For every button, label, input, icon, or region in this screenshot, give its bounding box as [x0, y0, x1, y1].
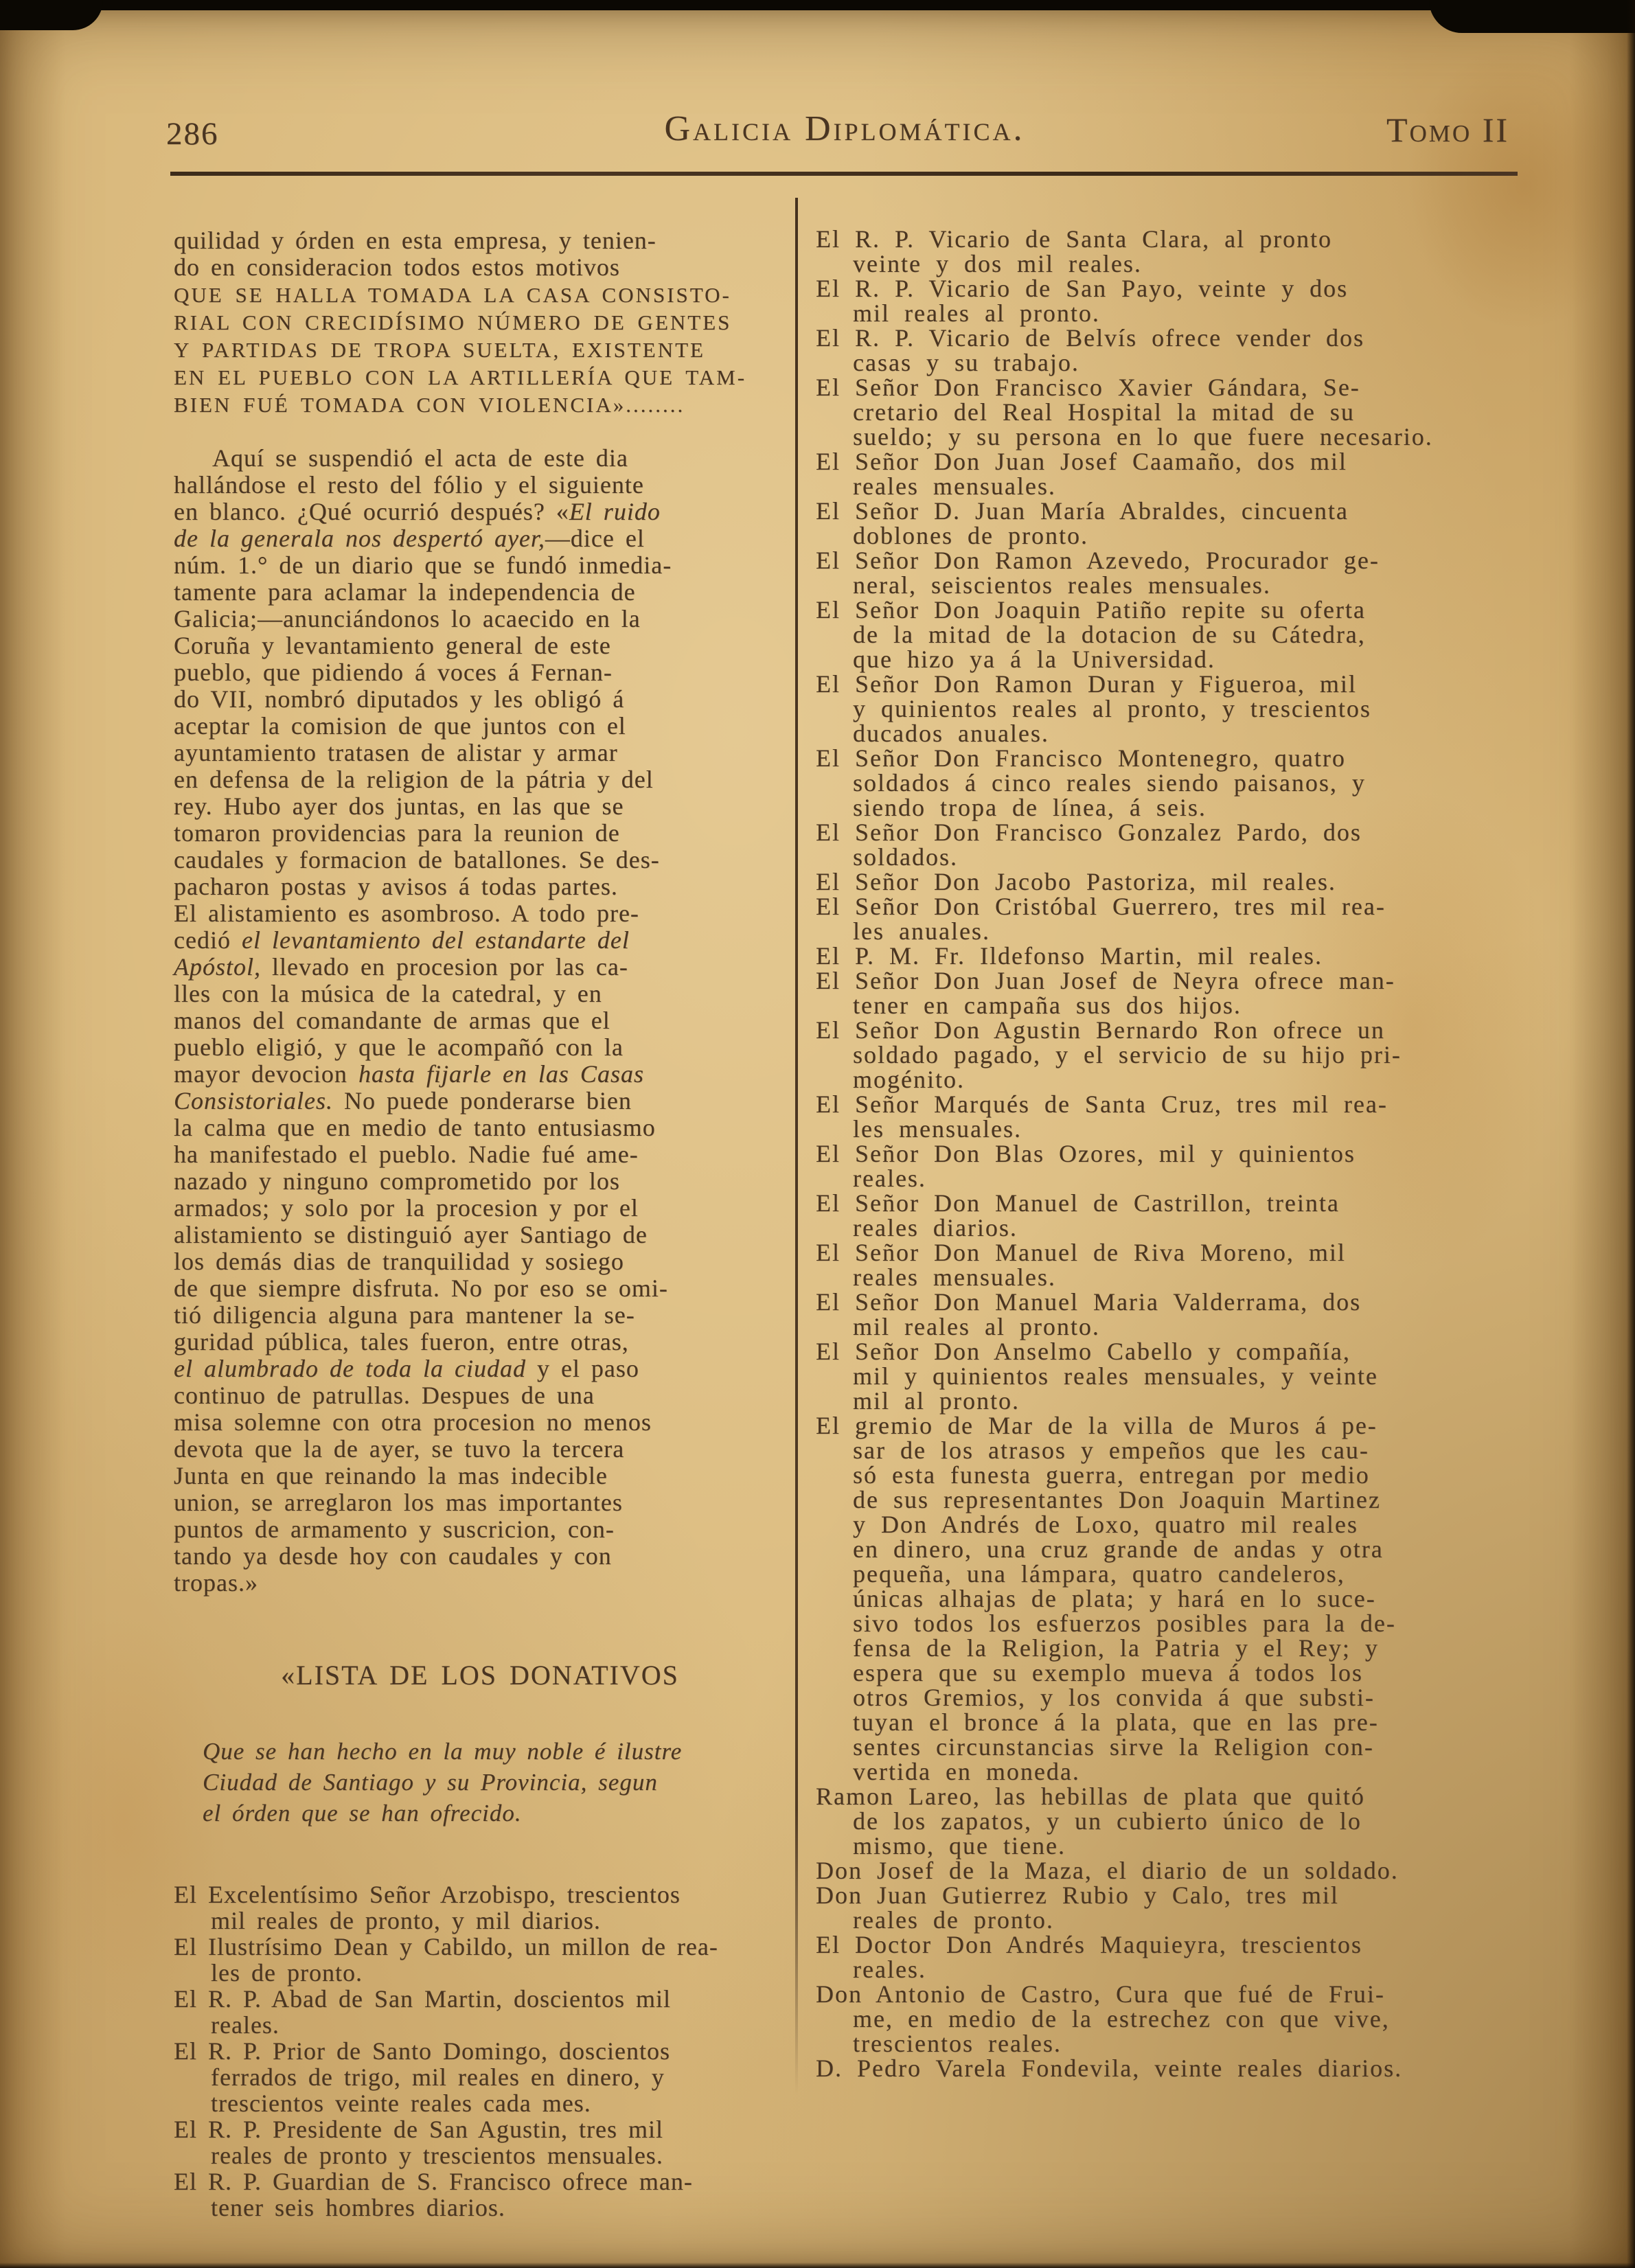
- section-heading: «LISTA DE LOS DONATIVOS: [174, 1662, 786, 1688]
- donation-item: El R. P. Vicario de Santa Clara, al pron…: [816, 227, 1548, 276]
- donation-item: El Señor Don Ramon Duran y Figueroa, mil…: [816, 672, 1548, 746]
- donation-item: El R. P. Vicario de Belvís ofrece vender…: [816, 325, 1548, 375]
- donation-item: Don Antonio de Castro, Cura que fué de F…: [816, 1982, 1548, 2056]
- donation-item: El Señor Don Cristóbal Guerrero, tres mi…: [816, 894, 1548, 943]
- donation-item: El R. P. Presidente de San Agustin, tres…: [174, 2116, 786, 2168]
- donation-item: El Doctor Don Andrés Maquieyra, trescien…: [816, 1932, 1548, 1982]
- donation-item: El Señor Don Francisco Gonzalez Pardo, d…: [816, 820, 1548, 869]
- donation-item: El R. P. Prior de Santo Domingo, doscien…: [174, 2038, 786, 2116]
- donation-item: El Señor Don Francisco Xavier Gándara, S…: [816, 375, 1548, 449]
- section-subtitle: Que se han hecho en la muy noble é ilust…: [174, 1736, 786, 1829]
- scan-edge-top: [0, 0, 1635, 10]
- donation-item: El Señor Marqués de Santa Cruz, tres mil…: [816, 1092, 1548, 1141]
- text-segment-normal: No puede ponderarse bien la calma que en…: [174, 1087, 668, 1355]
- donation-item: El R. P. Vicario de San Payo, veinte y d…: [816, 276, 1548, 325]
- right-column: El R. P. Vicario de Santa Clara, al pron…: [816, 202, 1548, 2105]
- donation-item: El Señor Don Jacobo Pastoriza, mil reale…: [816, 869, 1548, 894]
- donation-item: El gremio de Mar de la villa de Muros á …: [816, 1413, 1548, 1784]
- donation-item: El Señor D. Juan María Abraldes, cincuen…: [816, 499, 1548, 548]
- donation-item: El Excelentísimo Señor Arzobispo, tresci…: [174, 1881, 786, 1934]
- donation-item: El P. M. Fr. Ildefonso Martin, mil reale…: [816, 943, 1548, 968]
- donation-item: El R. P. Abad de San Martin, doscientos …: [174, 1986, 786, 2038]
- column-divider: [795, 198, 798, 2094]
- text-segment-normal: quilidad y órden en esta empresa, y teni…: [174, 227, 656, 281]
- donation-item: El Señor Don Manuel de Riva Moreno, mil …: [816, 1240, 1548, 1290]
- donation-item: El Ilustrísimo Dean y Cabildo, un millon…: [174, 1934, 786, 1986]
- scan-corner-top-right: [1429, 0, 1635, 33]
- donation-item: El Señor Don Juan Josef Caamaño, dos mil…: [816, 449, 1548, 499]
- donation-item: Don Josef de la Maza, el diario de un so…: [816, 1858, 1548, 1883]
- scan-edge-bottom: [0, 2263, 1635, 2268]
- scan-edge-right: [1627, 0, 1635, 2268]
- donation-list-left: El Excelentísimo Señor Arzobispo, tresci…: [174, 1881, 786, 2221]
- journal-title: Galicia Diplomática.: [172, 108, 1518, 149]
- donation-item: El Señor Don Joaquin Patiño repite su of…: [816, 597, 1548, 672]
- donation-item: D. Pedro Varela Fondevila, veinte reales…: [816, 2056, 1548, 2081]
- text-segment-normal: —dice el núm. 1.° de un diario que se fu…: [174, 525, 672, 954]
- left-column: quilidad y órden en esta empresa, y teni…: [174, 201, 786, 2247]
- donation-list-right: El R. P. Vicario de Santa Clara, al pron…: [816, 227, 1548, 2081]
- donation-item: El Señor Don Manuel de Castrillon, trein…: [816, 1191, 1548, 1240]
- donation-item: El Señor Don Juan Josef de Neyra ofrece …: [816, 968, 1548, 1018]
- donation-item: El Señor Don Agustin Bernardo Ron ofrece…: [816, 1018, 1548, 1092]
- header-rule: [170, 172, 1518, 176]
- donation-item: Ramon Lareo, las hebillas de plata que q…: [816, 1784, 1548, 1858]
- text-segment-normal: y el paso continuo de patrullas. Despues…: [174, 1355, 652, 1596]
- donation-item: El Señor Don Ramon Azevedo, Procurador g…: [816, 548, 1548, 597]
- donation-item: El Señor Don Anselmo Cabello y compañía,…: [816, 1339, 1548, 1413]
- donation-item: Don Juan Gutierrez Rubio y Calo, tres mi…: [816, 1883, 1548, 1932]
- paragraph-continuation: quilidad y órden en esta empresa, y teni…: [174, 227, 786, 418]
- paragraph-acta: Aquí se suspendió el acta de este dia ha…: [174, 445, 786, 1596]
- donation-item: El R. P. Guardian de S. Francisco ofrece…: [174, 2168, 786, 2221]
- volume-label: Tomo II: [1386, 110, 1509, 150]
- text-segment-italic: el alumbrado de toda la ciudad: [174, 1355, 526, 1382]
- donation-item: El Señor Don Francisco Montenegro, quatr…: [816, 746, 1548, 820]
- text-segment-smallcaps: QUE SE HALLA TOMADA LA CASA CONSISTO- RI…: [174, 283, 746, 417]
- donation-item: El Señor Don Blas Ozores, mil y quinient…: [816, 1141, 1548, 1191]
- scan-corner-top-left: [0, 0, 103, 30]
- donation-item: El Señor Don Manuel Maria Valderrama, do…: [816, 1290, 1548, 1339]
